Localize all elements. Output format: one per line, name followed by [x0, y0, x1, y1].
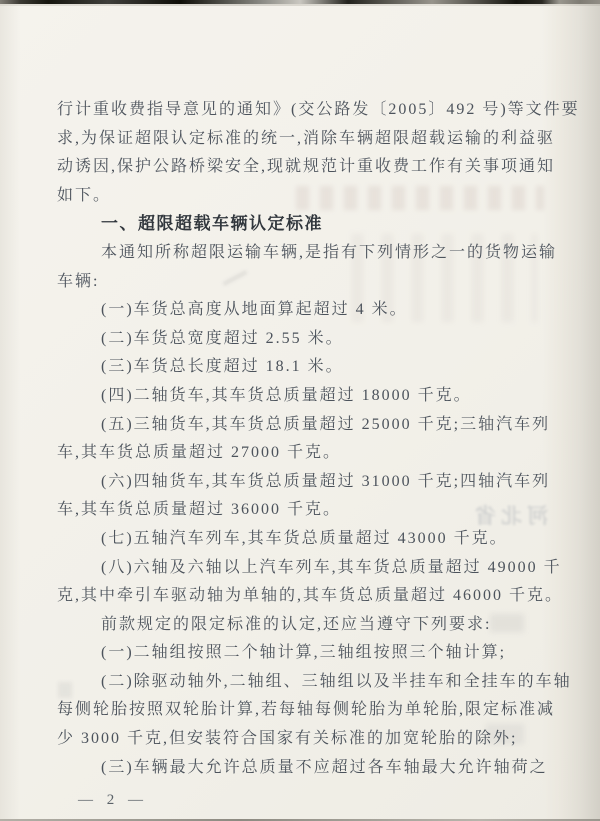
item-2-line-1: (二)车货总宽度超过 2.55 米。: [57, 325, 546, 354]
para-continuation-line-4: 如下。: [57, 182, 546, 211]
para-requirements-line-1: 前款规定的限定标准的认定,还应当遵守下列要求:: [57, 611, 546, 640]
document-body: 行计重收费指导意见的通知》(交公路发〔2005〕492 号)等文件要求,为保证超…: [57, 96, 546, 782]
item-8-line-1: (八)六轴及六轴以上汽车列车,其车货总质量超过 49000 千: [57, 554, 546, 583]
req-2-line-1: (二)除驱动轴外,二轴组、三轴组以及半挂车和全挂车的车轴: [57, 668, 546, 697]
item-3-line-1: (三)车货总长度超过 18.1 米。: [57, 353, 546, 382]
heading-section-1-line-1: 一、超限超载车辆认定标准: [57, 210, 546, 239]
item-7-line-1: (七)五轴汽车列车,其车货总质量超过 43000 千克。: [57, 525, 546, 554]
scan-edge-top-shadow: [0, 4, 600, 6]
scanned-page: 河北省 行计重收费指导意见的通知》(交公路发〔2005〕492 号)等文件要求,…: [0, 0, 600, 821]
scan-shade-right: [542, 0, 600, 821]
scan-shade-left: [0, 0, 20, 821]
item-5-line-1: (五)三轴货车,其车货总质量超过 25000 千克;三轴汽车列: [57, 411, 546, 440]
para-continuation-line-3: 动诱因,保护公路桥梁安全,现就规范计重收费工作有关事项通知: [57, 153, 546, 182]
item-1-line-1: (一)车货总高度从地面算起超过 4 米。: [57, 296, 546, 325]
item-6-line-1: (六)四轴货车,其车货总质量超过 31000 千克;四轴汽车列: [57, 468, 546, 497]
page-number: — 2 —: [78, 792, 148, 809]
item-5-line-2: 车,其车货总质量超过 27000 千克。: [57, 439, 546, 468]
req-2-line-3: 少 3000 千克,但安装符合国家有关标准的加宽轮胎的除外;: [57, 725, 546, 754]
req-1-line-1: (一)二轴组按照二个轴计算,三轴组按照三个轴计算;: [57, 639, 546, 668]
item-6-line-2: 车,其车货总质量超过 36000 千克。: [57, 496, 546, 525]
para-definition-line-1: 本通知所称超限运输车辆,是指有下列情形之一的货物运输: [57, 239, 546, 268]
para-continuation-line-2: 求,为保证超限认定标准的统一,消除车辆超限超载运输的利益驱: [57, 125, 546, 154]
req-3-line-1: (三)车辆最大允许总质量不应超过各车轴最大允许轴荷之: [57, 754, 546, 783]
req-2-line-2: 每侧轮胎按照双轮胎计算,若每轴每侧轮胎为单轮胎,限定标准减: [57, 696, 546, 725]
item-4-line-1: (四)二轴货车,其车货总质量超过 18000 千克。: [57, 382, 546, 411]
para-definition-line-2: 车辆:: [57, 268, 546, 297]
item-8-line-2: 克,其中牵引车驱动轴为单轴的,其车货总质量超过 46000 千克。: [57, 582, 546, 611]
para-continuation-line-1: 行计重收费指导意见的通知》(交公路发〔2005〕492 号)等文件要: [57, 96, 546, 125]
